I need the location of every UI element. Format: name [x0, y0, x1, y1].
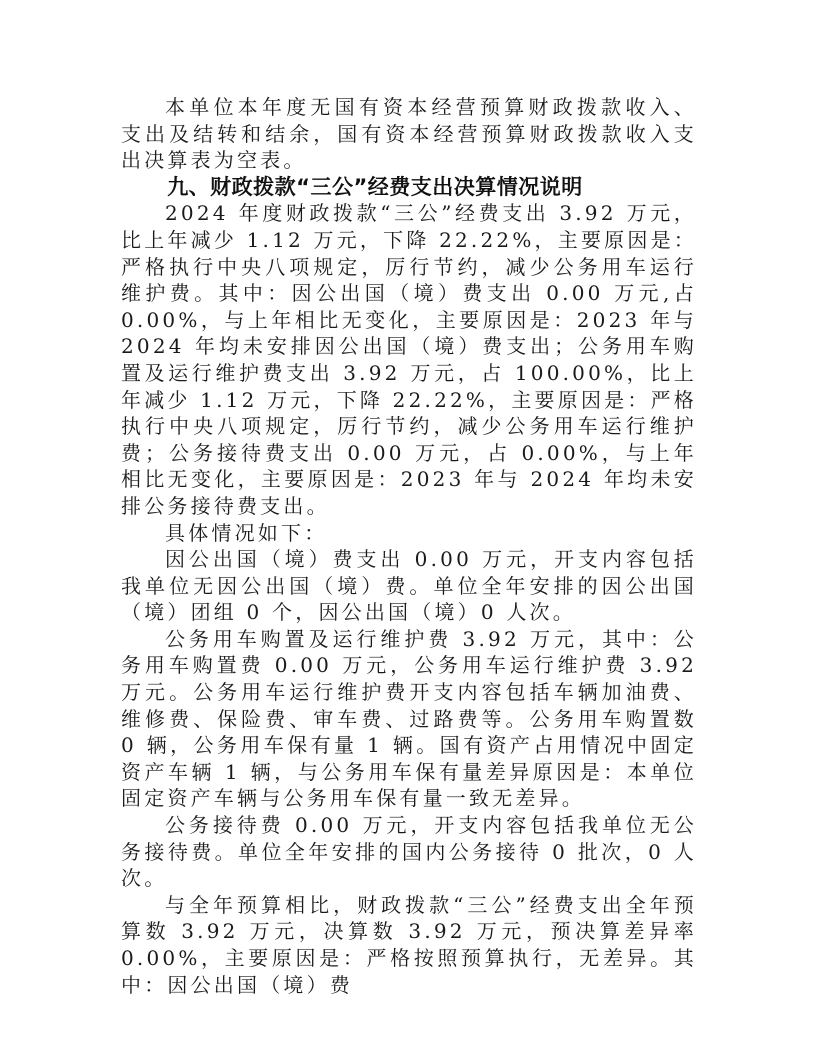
paragraph-overseas-travel: 因公出国（境）费支出 0.00 万元，开支内容包括我单位无因公出国（境）费。单位…: [121, 546, 697, 626]
paragraph-official-reception: 公务接待费 0.00 万元，开支内容包括我单位无公务接待费。单位全年安排的国内公…: [121, 812, 697, 892]
paragraph-budget-comparison: 与全年预算相比，财政拨款“三公”经费支出全年预算数 3.92 万元，决算数 3.…: [121, 892, 697, 998]
paragraph-three-public-summary: 2024 年度财政拨款“三公”经费支出 3.92 万元，比上年减少 1.12 万…: [121, 200, 697, 519]
paragraph-state-capital-budget: 本单位本年度无国有资本经营预算财政拨款收入、支出及结转和结余，国有资本经营预算财…: [121, 94, 697, 174]
section-heading-three-public-expenses: 九、财政拨款“三公”经费支出决算情况说明: [121, 174, 697, 201]
paragraph-official-vehicles: 公务用车购置及运行维护费 3.92 万元，其中：公务用车购置费 0.00 万元，…: [121, 626, 697, 812]
paragraph-details-intro: 具体情况如下：: [121, 520, 697, 547]
document-page: 本单位本年度无国有资本经营预算财政拨款收入、支出及结转和结余，国有资本经营预算财…: [121, 94, 697, 998]
